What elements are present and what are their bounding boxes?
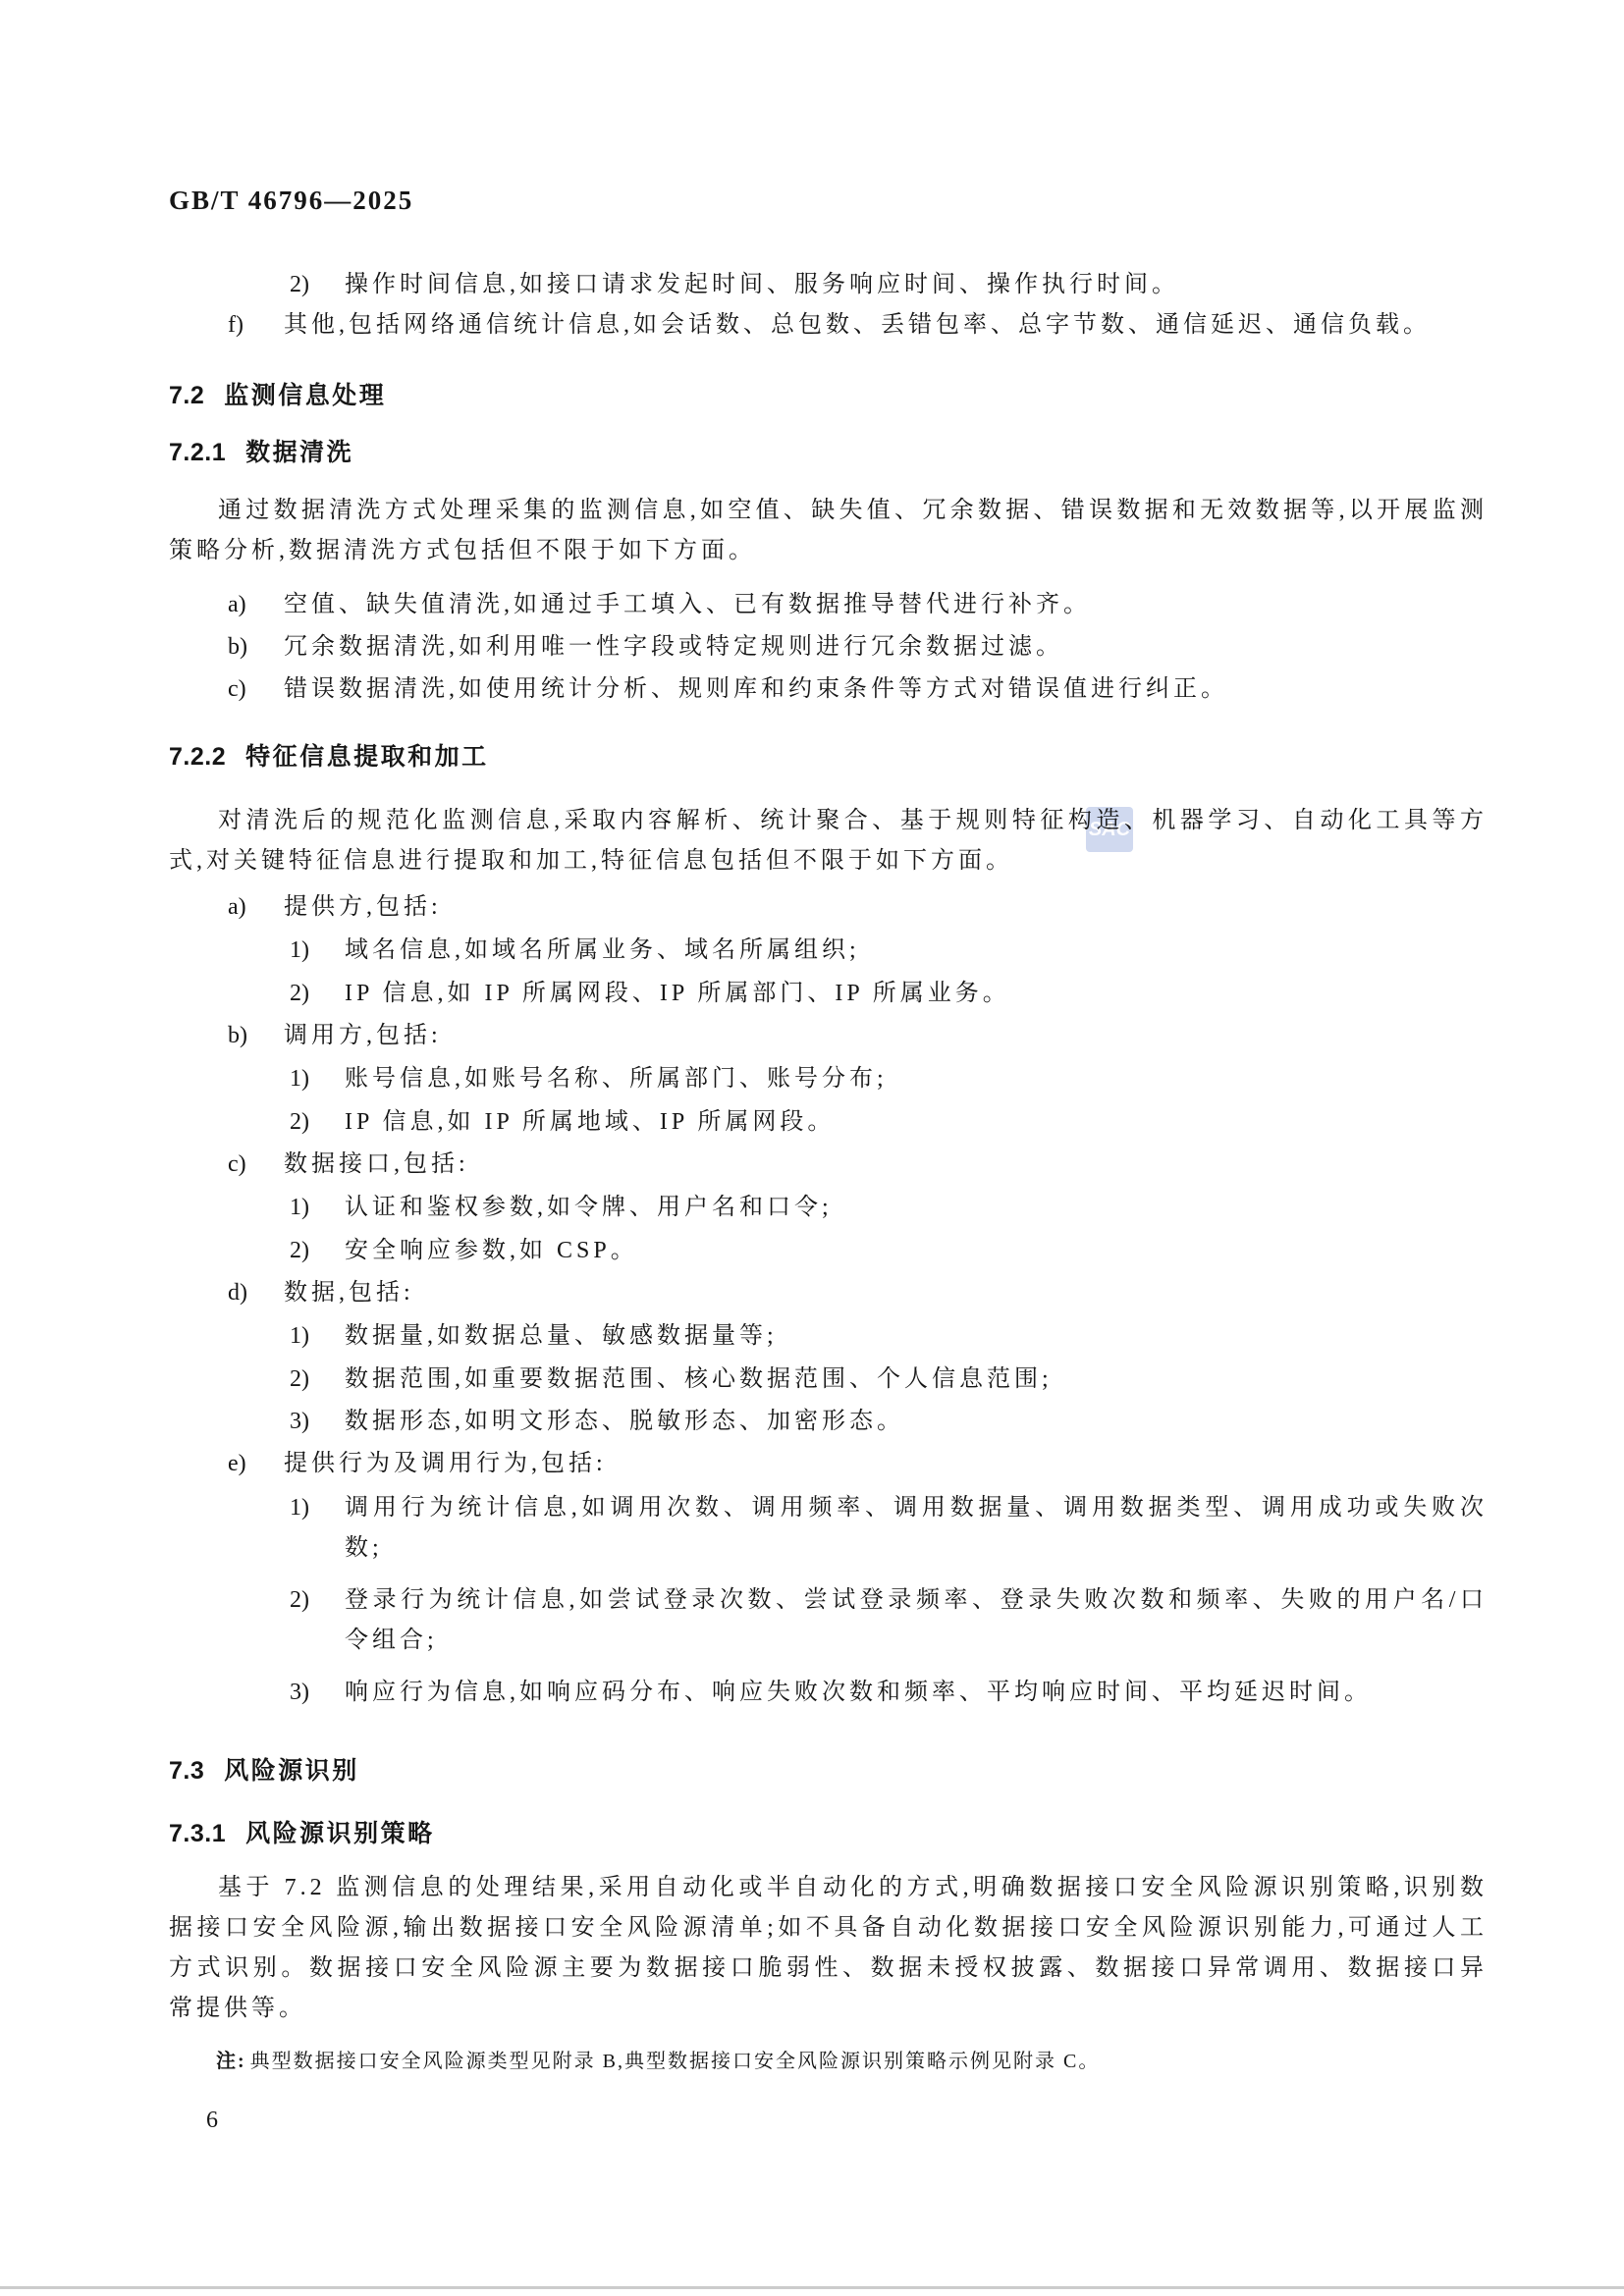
paragraph: 通过数据清洗方式处理采集的监测信息,如空值、缺失值、冗余数据、错误数据和无效数据…: [169, 491, 1488, 571]
section-title: 风险源识别: [224, 1757, 359, 1785]
list-marker: 1): [290, 1488, 345, 1569]
list-item: a) 提供方,包括:: [228, 887, 1488, 928]
list-text: 数据形态,如明文形态、脱敏形态、加密形态。: [345, 1402, 1488, 1442]
list-text: 提供行为及调用行为,包括:: [284, 1444, 1488, 1484]
list-item: 1) 调用行为统计信息,如调用次数、调用频率、调用数据量、调用数据类型、调用成功…: [290, 1488, 1488, 1569]
list-marker: 2): [290, 265, 345, 305]
section-title: 数据清洗: [245, 439, 353, 466]
list-text: 其他,包括网络通信统计信息,如会话数、总包数、丢错包率、总字节数、通信延迟、通信…: [284, 305, 1488, 346]
subsection-heading: 7.2.1数据清洗: [169, 438, 1488, 467]
list-marker: f): [228, 305, 284, 346]
list-item: 2) 操作时间信息,如接口请求发起时间、服务响应时间、操作执行时间。: [290, 265, 1488, 305]
list-item: 2) IP 信息,如 IP 所属网段、IP 所属部门、IP 所属业务。: [290, 974, 1488, 1014]
subsection-heading: 7.2.2特征信息提取和加工: [169, 742, 1488, 772]
list-item: a) 空值、缺失值清洗,如通过手工填入、已有数据推导替代进行补齐。: [228, 585, 1488, 625]
list-text: 认证和鉴权参数,如令牌、用户名和口令;: [345, 1188, 1488, 1228]
list-item: 1) 域名信息,如域名所属业务、域名所属组织;: [290, 931, 1488, 971]
list-item: b) 冗余数据清洗,如利用唯一性字段或特定规则进行冗余数据过滤。: [228, 627, 1488, 667]
list-item: 3) 响应行为信息,如响应码分布、响应失败次数和频率、平均响应时间、平均延迟时间…: [290, 1673, 1488, 1713]
list-text: 数据量,如数据总量、敏感数据量等;: [345, 1316, 1488, 1357]
page-number: 6: [206, 2107, 218, 2134]
list-item: b) 调用方,包括:: [228, 1016, 1488, 1056]
list-marker: 2): [290, 1360, 345, 1400]
list-text: 操作时间信息,如接口请求发起时间、服务响应时间、操作执行时间。: [345, 265, 1488, 305]
list-marker: 2): [290, 1580, 345, 1661]
page-content: GB/T 46796—2025 2) 操作时间信息,如接口请求发起时间、服务响应…: [0, 187, 1624, 2078]
list-text: 提供方,包括:: [284, 887, 1488, 928]
list-marker: e): [228, 1444, 284, 1484]
section-title: 特征信息提取和加工: [245, 743, 489, 771]
list-marker: c): [228, 669, 284, 710]
standard-number: GB/T 46796—2025: [169, 187, 1488, 214]
note-marker: 注:: [216, 2051, 246, 2072]
list-text: 响应行为信息,如响应码分布、响应失败次数和频率、平均响应时间、平均延迟时间。: [345, 1673, 1488, 1713]
section-heading: 7.2监测信息处理: [169, 381, 1488, 410]
list-item: 2) 安全响应参数,如 CSP。: [290, 1231, 1488, 1271]
list-text: 调用行为统计信息,如调用次数、调用频率、调用数据量、调用数据类型、调用成功或失败…: [345, 1488, 1488, 1569]
list-item: f) 其他,包括网络通信统计信息,如会话数、总包数、丢错包率、总字节数、通信延迟…: [228, 305, 1488, 346]
subsection-heading: 7.3.1风险源识别策略: [169, 1819, 1488, 1848]
note: 注:典型数据接口安全风险源类型见附录 B,典型数据接口安全风险源识别策略示例见附…: [216, 2045, 1488, 2078]
list-marker: c): [228, 1145, 284, 1185]
section-title: 风险源识别策略: [245, 1820, 435, 1847]
section-number: 7.3.1: [169, 1820, 226, 1847]
note-text: 典型数据接口安全风险源类型见附录 B,典型数据接口安全风险源识别策略示例见附录 …: [250, 2051, 1101, 2072]
list-item: c) 错误数据清洗,如使用统计分析、规则库和约束条件等方式对错误值进行纠正。: [228, 669, 1488, 710]
scan-edge-artifact: [0, 2286, 1624, 2289]
section-heading: 7.3风险源识别: [169, 1756, 1488, 1786]
section-number: 7.2.1: [169, 439, 226, 466]
list-marker: 1): [290, 1316, 345, 1357]
list-item: c) 数据接口,包括:: [228, 1145, 1488, 1185]
list-text: 账号信息,如账号名称、所属部门、账号分布;: [345, 1059, 1488, 1099]
paragraph: 基于 7.2 监测信息的处理结果,采用自动化或半自动化的方式,明确数据接口安全风…: [169, 1868, 1488, 2029]
list-marker: 2): [290, 974, 345, 1014]
list-marker: b): [228, 1016, 284, 1056]
list-marker: 1): [290, 931, 345, 971]
section-number: 7.2: [169, 382, 204, 409]
list-text: IP 信息,如 IP 所属网段、IP 所属部门、IP 所属业务。: [345, 974, 1488, 1014]
list-text: 错误数据清洗,如使用统计分析、规则库和约束条件等方式对错误值进行纠正。: [284, 669, 1488, 710]
list-marker: a): [228, 585, 284, 625]
document-page: SAC GB/T 46796—2025 2) 操作时间信息,如接口请求发起时间、…: [0, 0, 1624, 2296]
section-number: 7.3: [169, 1757, 204, 1785]
paragraph: 对清洗后的规范化监测信息,采取内容解析、统计聚合、基于规则特征构造、机器学习、自…: [169, 801, 1488, 881]
list-item: 1) 数据量,如数据总量、敏感数据量等;: [290, 1316, 1488, 1357]
list-marker: 3): [290, 1402, 345, 1442]
list-item: 2) 登录行为统计信息,如尝试登录次数、尝试登录频率、登录失败次数和频率、失败的…: [290, 1580, 1488, 1661]
list-marker: 2): [290, 1231, 345, 1271]
list-marker: 2): [290, 1102, 345, 1143]
list-text: 空值、缺失值清洗,如通过手工填入、已有数据推导替代进行补齐。: [284, 585, 1488, 625]
list-item: d) 数据,包括:: [228, 1273, 1488, 1313]
list-text: 安全响应参数,如 CSP。: [345, 1231, 1488, 1271]
list-marker: d): [228, 1273, 284, 1313]
section-number: 7.2.2: [169, 743, 226, 771]
list-marker: 1): [290, 1059, 345, 1099]
list-marker: 3): [290, 1673, 345, 1713]
list-marker: 1): [290, 1188, 345, 1228]
list-marker: a): [228, 887, 284, 928]
list-item: 1) 认证和鉴权参数,如令牌、用户名和口令;: [290, 1188, 1488, 1228]
list-text: 调用方,包括:: [284, 1016, 1488, 1056]
list-item: 2) 数据范围,如重要数据范围、核心数据范围、个人信息范围;: [290, 1360, 1488, 1400]
list-text: 登录行为统计信息,如尝试登录次数、尝试登录频率、登录失败次数和频率、失败的用户名…: [345, 1580, 1488, 1661]
section-title: 监测信息处理: [224, 382, 386, 409]
list-text: 域名信息,如域名所属业务、域名所属组织;: [345, 931, 1488, 971]
list-text: IP 信息,如 IP 所属地域、IP 所属网段。: [345, 1102, 1488, 1143]
list-item: 3) 数据形态,如明文形态、脱敏形态、加密形态。: [290, 1402, 1488, 1442]
list-item: 1) 账号信息,如账号名称、所属部门、账号分布;: [290, 1059, 1488, 1099]
list-text: 数据接口,包括:: [284, 1145, 1488, 1185]
list-marker: b): [228, 627, 284, 667]
list-text: 数据范围,如重要数据范围、核心数据范围、个人信息范围;: [345, 1360, 1488, 1400]
list-item: e) 提供行为及调用行为,包括:: [228, 1444, 1488, 1484]
list-text: 冗余数据清洗,如利用唯一性字段或特定规则进行冗余数据过滤。: [284, 627, 1488, 667]
list-item: 2) IP 信息,如 IP 所属地域、IP 所属网段。: [290, 1102, 1488, 1143]
list-text: 数据,包括:: [284, 1273, 1488, 1313]
